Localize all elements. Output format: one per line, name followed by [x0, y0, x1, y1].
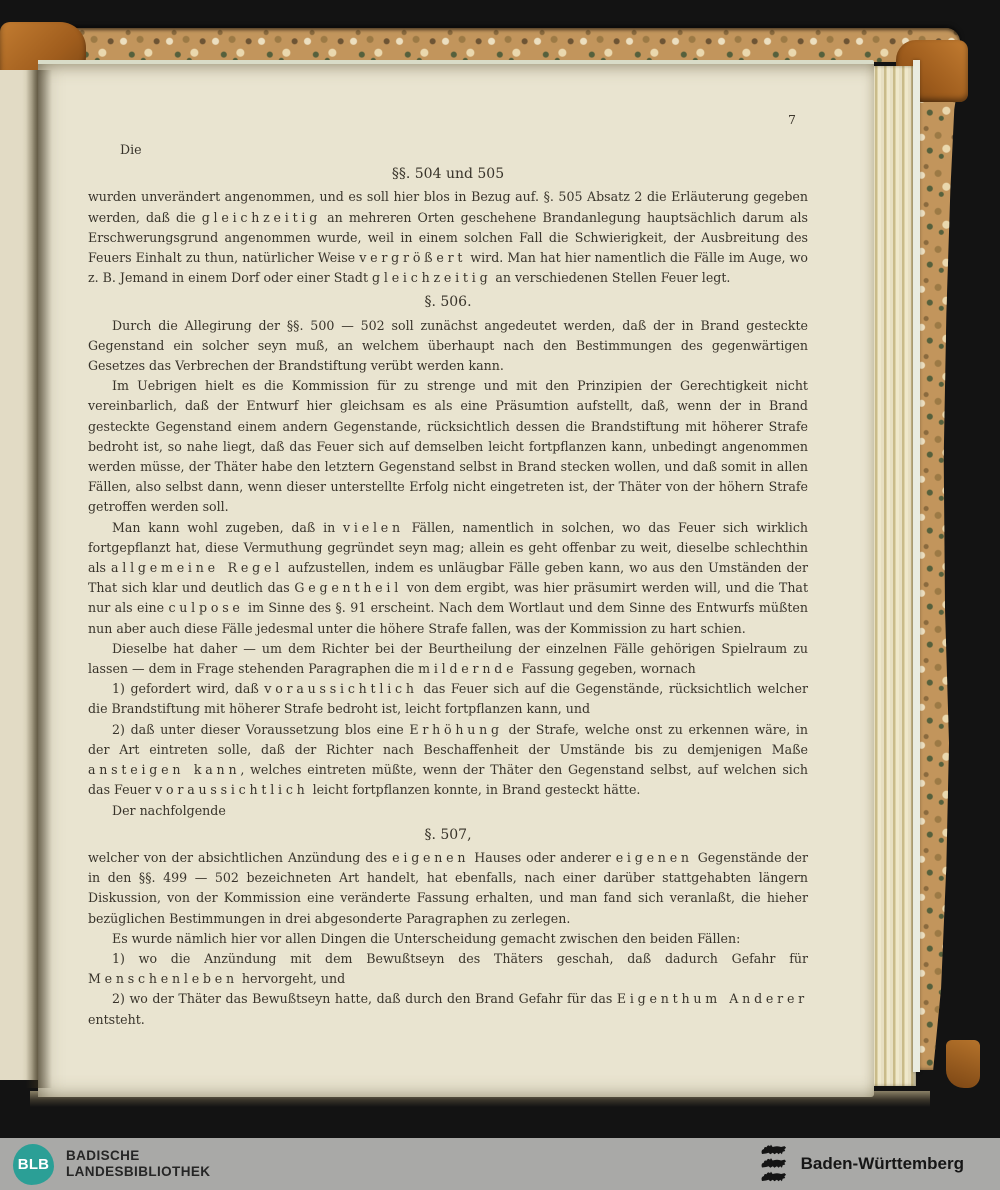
book-gutter-shadow [26, 70, 52, 1088]
paragraph: welcher von der absichtlichen Anzündung … [88, 848, 808, 929]
paragraph: Der nachfolgende [88, 801, 808, 821]
list-item-1: 1) gefordert wird, daß voraussichtlich d… [88, 679, 808, 719]
intro-word: Die [88, 140, 808, 160]
library-branding: BLB BADISCHE LANDESBIBLIOTHEK [0, 1144, 210, 1185]
list-item-1: 1) wo die Anzündung mit dem Bewußtseyn d… [88, 949, 808, 989]
paragraph: Man kann wohl zugeben, daß in vielen Fäl… [88, 518, 808, 639]
blb-logo-text: BLB [18, 1156, 49, 1173]
section-heading-506: §. 506. [88, 292, 808, 312]
marbled-cover-right-edge [916, 48, 982, 1070]
marbled-cover-top-edge [26, 28, 960, 62]
paragraph: Durch die Allegirung der §§. 500 — 502 s… [88, 316, 808, 377]
library-name-line1: BADISCHE [66, 1148, 210, 1164]
paragraph: Im Uebrigen hielt es die Kommission für … [88, 376, 808, 517]
book-page: 7 Die §§. 504 und 505 wurden unverändert… [38, 60, 874, 1097]
state-branding: Baden-Württemberg [760, 1144, 1000, 1184]
list-item-2: 2) wo der Thäter das Bewußtseyn hatte, d… [88, 989, 808, 1029]
page-text-column: Die §§. 504 und 505 wurden unverändert a… [88, 140, 808, 1030]
digitized-scan-viewport: 7 Die §§. 504 und 505 wurden unverändert… [0, 0, 1000, 1190]
page-block-edge-highlight [913, 60, 920, 1072]
library-name-line2: LANDESBIBLIOTHEK [66, 1164, 210, 1180]
paragraph: Dieselbe hat daher — um dem Richter bei … [88, 639, 808, 679]
section-heading-507: §. 507, [88, 825, 808, 845]
list-item-2: 2) daß unter dieser Voraussetzung blos e… [88, 720, 808, 801]
page-block-fore-edge [872, 66, 916, 1086]
leather-corner-bottom-right [946, 1040, 980, 1088]
page-number: 7 [788, 112, 796, 127]
library-footer-bar: BLB BADISCHE LANDESBIBLIOTHEK Baden-Würt… [0, 1138, 1000, 1190]
state-name: Baden-Württemberg [801, 1154, 964, 1174]
section-heading-504-505: §§. 504 und 505 [88, 164, 808, 184]
library-name: BADISCHE LANDESBIBLIOTHEK [66, 1148, 210, 1180]
baden-wuerttemberg-coat-of-arms-icon [760, 1144, 790, 1184]
paragraph: wurden unverändert angenommen, und es so… [88, 187, 808, 288]
blb-logo-badge: BLB [13, 1144, 54, 1185]
paragraph: Es wurde nämlich hier vor allen Dingen d… [88, 929, 808, 949]
